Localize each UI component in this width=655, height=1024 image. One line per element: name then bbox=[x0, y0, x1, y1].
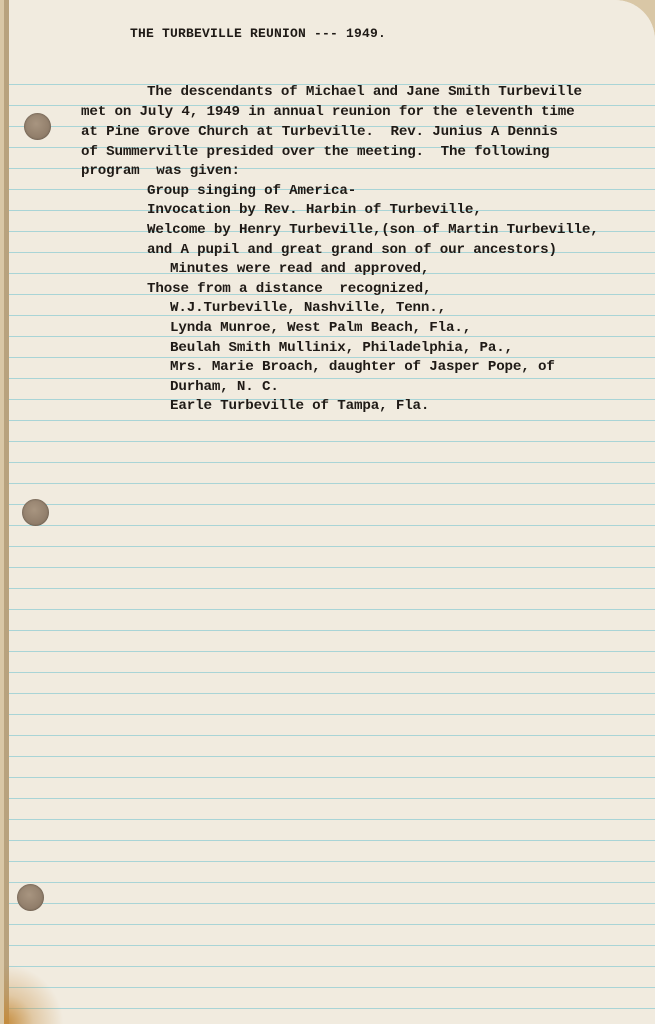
text-line: The descendants of Michael and Jane Smit… bbox=[147, 84, 582, 101]
page-title: THE TURBEVILLE REUNION --- 1949. bbox=[130, 25, 386, 42]
typed-text: THE TURBEVILLE REUNION --- 1949. The des… bbox=[0, 0, 655, 1024]
text-line: Beulah Smith Mullinix, Philadelphia, Pa.… bbox=[170, 340, 513, 357]
text-line: Invocation by Rev. Harbin of Turbeville, bbox=[147, 202, 482, 219]
text-line: W.J.Turbeville, Nashville, Tenn., bbox=[170, 300, 446, 317]
text-line: Group singing of America- bbox=[147, 183, 356, 200]
text-line: of Summerville presided over the meeting… bbox=[81, 144, 549, 161]
text-line: Mrs. Marie Broach, daughter of Jasper Po… bbox=[170, 359, 555, 376]
text-line: Minutes were read and approved, bbox=[170, 261, 429, 278]
text-line: at Pine Grove Church at Turbeville. Rev.… bbox=[81, 124, 558, 141]
text-line: and A pupil and great grand son of our a… bbox=[147, 242, 557, 259]
text-line: Earle Turbeville of Tampa, Fla. bbox=[170, 398, 429, 415]
text-line: Durham, N. C. bbox=[170, 379, 279, 396]
text-line: Those from a distance recognized, bbox=[147, 281, 431, 298]
text-line: met on July 4, 1949 in annual reunion fo… bbox=[81, 104, 574, 121]
text-line: program was given: bbox=[81, 163, 240, 180]
text-line: Welcome by Henry Turbeville,(son of Mart… bbox=[147, 222, 599, 239]
text-line: Lynda Munroe, West Palm Beach, Fla., bbox=[170, 320, 471, 337]
